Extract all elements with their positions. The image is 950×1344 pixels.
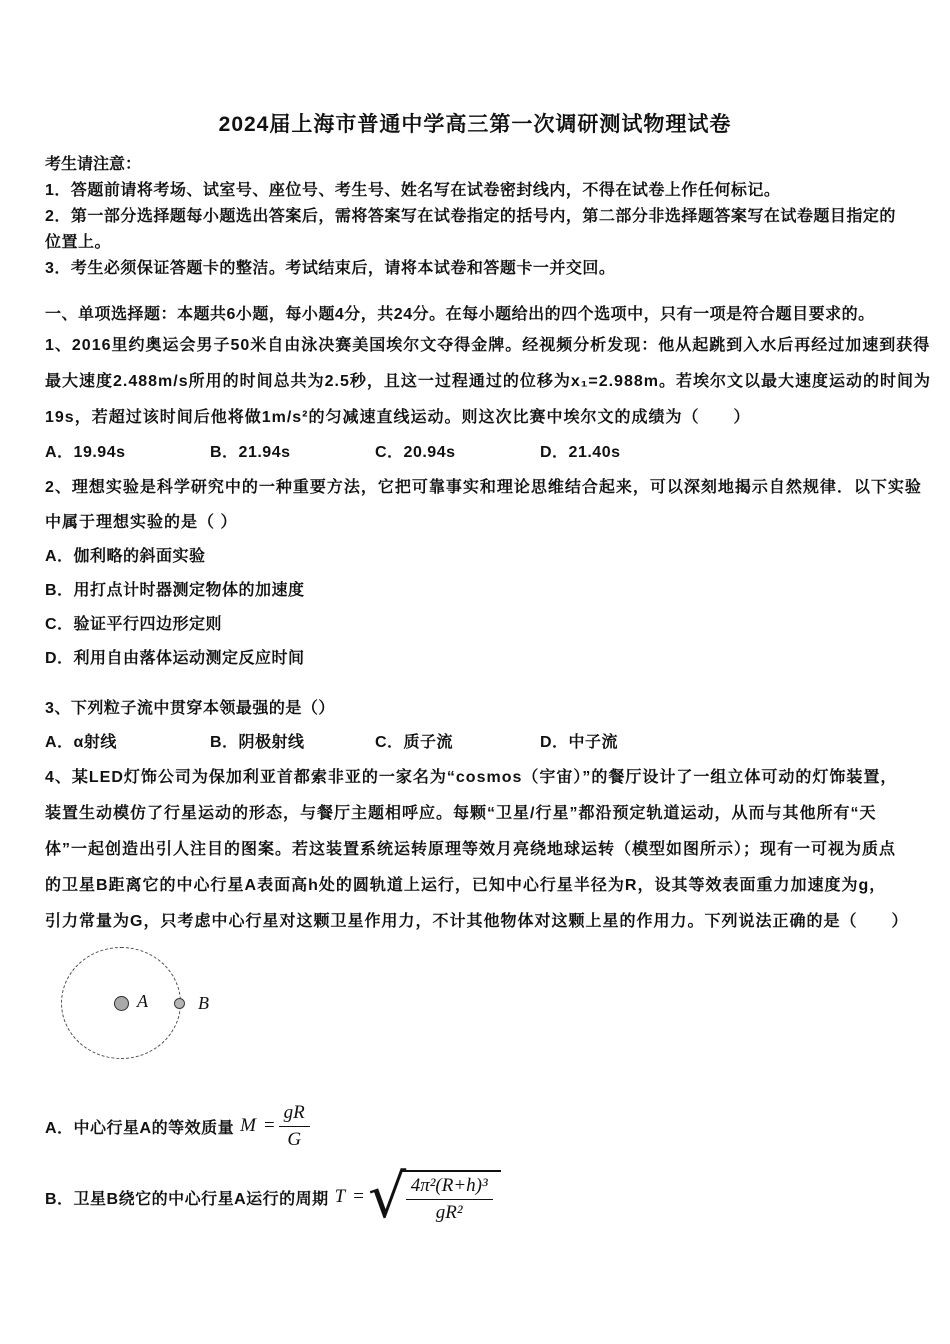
orbit-figure: A B (45, 944, 305, 1066)
q4-option-b-equals: = (353, 1186, 364, 1208)
q1-option-a: A．19.94s (45, 436, 210, 470)
q2-line-2: 中属于理想实验的是（ ） (45, 505, 905, 540)
q2-option-a: A．伽利略的斜面实验 (45, 540, 905, 574)
q4-line-3: 体”一起创造出引人注目的图案。若这装置系统运转原理等效月亮绕地球运转（模型如图所… (45, 832, 905, 868)
q2-option-c: C．验证平行四边形定则 (45, 608, 905, 642)
fraction-numerator: 4π²(R+h)³ (406, 1175, 493, 1200)
q4-option-a-equals: = (264, 1115, 275, 1137)
q1-options-row: A．19.94s B．21.94s C．20.94s D．21.40s (45, 436, 905, 470)
q2-line-1: 2、理想实验是科学研究中的一种重要方法，它把可靠事实和理论思维结合起来，可以深刻… (45, 470, 905, 505)
q4-option-b-text: B．卫星B绕它的中心行星A运行的周期 (45, 1186, 329, 1209)
q1-option-d: D．21.40s (540, 436, 621, 470)
section1-heading: 一、单项选择题：本题共6小题，每小题4分，共24分。在每小题给出的四个选项中，只… (45, 302, 905, 328)
q1-line-1: 1、2016里约奥运会男子50米自由泳决赛美国埃尔文夺得金牌。经视频分析发现：他… (45, 328, 905, 364)
fraction-denominator: G (279, 1127, 310, 1151)
q4-option-b: B．卫星B绕它的中心行星A运行的周期 T = √ 4π²(R+h)³ gR² (45, 1164, 905, 1230)
q3-option-d: D．中子流 (540, 726, 618, 760)
q1-option-c: C．20.94s (375, 436, 540, 470)
q4-option-b-fraction: 4π²(R+h)³ gR² (406, 1175, 493, 1224)
question-4: 4、某LED灯饰公司为保加利亚首都索非亚的一家名为“cosmos（宇宙）”的餐厅… (45, 760, 905, 1230)
question-3: 3、下列粒子流中贯穿本领最强的是（） A．α射线 B．阴极射线 C．质子流 D．… (45, 692, 905, 760)
q4-line-1: 4、某LED灯饰公司为保加利亚首都索非亚的一家名为“cosmos（宇宙）”的餐厅… (45, 760, 905, 796)
planet-a-dot (114, 996, 129, 1011)
q3-stem: 3、下列粒子流中贯穿本领最强的是（） (45, 692, 905, 726)
q2-option-d: D．利用自由落体运动测定反应时间 (45, 642, 905, 676)
q4-option-a: A．中心行星A的等效质量 M = gR G (45, 1100, 905, 1152)
notice-item-3: 3．考生必须保证答题卡的整洁。考试结束后，请将本试卷和答题卡一并交回。 (45, 256, 905, 282)
q3-option-c: C．质子流 (375, 726, 540, 760)
q2-option-b: B．用打点计时器测定物体的加速度 (45, 574, 905, 608)
q4-option-a-lhs: M (240, 1115, 256, 1137)
notice-item-2: 2．第一部分选择题每小题选出答案后，需将答案写在试卷指定的括号内，第二部分非选择… (45, 204, 905, 256)
question-1: 1、2016里约奥运会男子50米自由泳决赛美国埃尔文夺得金牌。经视频分析发现：他… (45, 328, 905, 470)
q4-line-4: 的卫星B距离它的中心行星A表面高h处的圆轨道上运行，已知中心行星半径为R，设其等… (45, 868, 905, 904)
q3-option-b: B．阴极射线 (210, 726, 375, 760)
satellite-b-label: B (198, 993, 209, 1014)
q1-line-3: 19s，若超过该时间后他将做1m/s²的匀减速直线运动。则这次比赛中埃尔文的成绩… (45, 400, 905, 436)
q4-option-a-fraction: gR G (279, 1102, 310, 1151)
fraction-numerator: gR (279, 1102, 310, 1127)
q4-option-a-text: A．中心行星A的等效质量 (45, 1115, 234, 1138)
question-2: 2、理想实验是科学研究中的一种重要方法，它把可靠事实和理论思维结合起来，可以深刻… (45, 470, 905, 676)
radicand: 4π²(R+h)³ gR² (402, 1170, 501, 1224)
q1-option-b: B．21.94s (210, 436, 375, 470)
q4-option-b-lhs: T (335, 1186, 346, 1208)
notice-item-1: 1．答题前请将考场、试室号、座位号、考生号、姓名写在试卷密封线内，不得在试卷上作… (45, 178, 905, 204)
planet-a-label: A (137, 991, 148, 1012)
q4-line-2: 装置生动模仿了行星运动的形态，与餐厅主题相呼应。每颗“卫星/行星”都沿预定轨道运… (45, 796, 905, 832)
q3-option-a: A．α射线 (45, 726, 210, 760)
q4-line-5: 引力常量为G，只考虑中心行星对这颗卫星作用力，不计其他物体对这颗上星的作用力。下… (45, 904, 905, 940)
notice-heading: 考生请注意： (45, 152, 905, 178)
fraction-denominator: gR² (406, 1200, 493, 1224)
square-root: √ 4π²(R+h)³ gR² (368, 1169, 501, 1225)
exam-paper-page: 2024届上海市普通中学高三第一次调研测试物理试卷 考生请注意： 1．答题前请将… (0, 0, 950, 1344)
q1-line-2: 最大速度2.488m/s所用的时间总共为2.5秒，且这一过程通过的位移为x₁=2… (45, 364, 905, 400)
satellite-b-dot (174, 998, 185, 1009)
page-title: 2024届上海市普通中学高三第一次调研测试物理试卷 (45, 110, 905, 140)
q3-options-row: A．α射线 B．阴极射线 C．质子流 D．中子流 (45, 726, 905, 760)
